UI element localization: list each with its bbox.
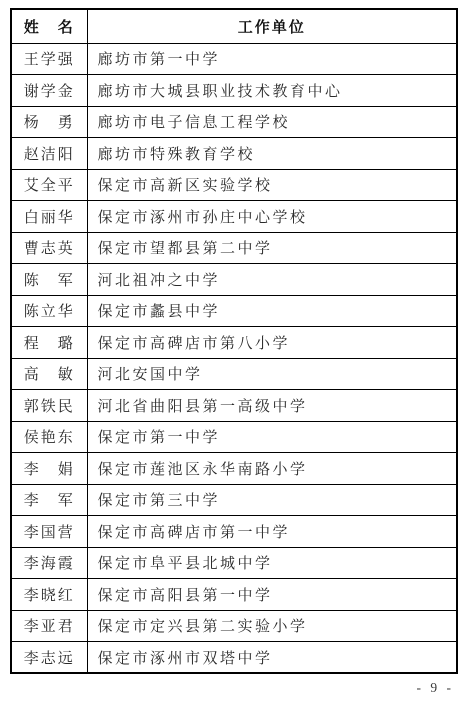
work-unit: 保定市阜平县北城中学 xyxy=(87,547,457,579)
person-name: 李 娟 xyxy=(11,453,87,485)
table-row: 李志远保定市涿州市双塔中学 xyxy=(11,642,457,674)
person-name: 李晓红 xyxy=(11,579,87,611)
person-name: 李亚君 xyxy=(11,610,87,642)
table-row: 赵洁阳廊坊市特殊教育学校 xyxy=(11,138,457,170)
table-row: 李晓红保定市高阳县第一中学 xyxy=(11,579,457,611)
work-unit: 河北祖冲之中学 xyxy=(87,264,457,296)
header-row: 姓 名 工作单位 xyxy=(11,9,457,43)
table-row: 王学强廊坊市第一中学 xyxy=(11,43,457,75)
table-row: 郭铁民河北省曲阳县第一高级中学 xyxy=(11,390,457,422)
table-body: 王学强廊坊市第一中学谢学金廊坊市大城县职业技术教育中心杨 勇廊坊市电子信息工程学… xyxy=(11,43,457,673)
table-row: 李亚君保定市定兴县第二实验小学 xyxy=(11,610,457,642)
work-unit: 保定市定兴县第二实验小学 xyxy=(87,610,457,642)
work-unit: 保定市高碑店市第一中学 xyxy=(87,516,457,548)
table-row: 曹志英保定市望都县第二中学 xyxy=(11,232,457,264)
header-work-unit: 工作单位 xyxy=(87,9,457,43)
page-number: - 9 - xyxy=(417,680,455,696)
work-unit: 保定市莲池区永华南路小学 xyxy=(87,453,457,485)
person-name: 程 璐 xyxy=(11,327,87,359)
work-unit: 保定市望都县第二中学 xyxy=(87,232,457,264)
work-unit: 河北安国中学 xyxy=(87,358,457,390)
person-name: 陈立华 xyxy=(11,295,87,327)
work-unit: 保定市第三中学 xyxy=(87,484,457,516)
table-row: 陈 军河北祖冲之中学 xyxy=(11,264,457,296)
work-unit: 保定市涿州市双塔中学 xyxy=(87,642,457,674)
person-name: 王学强 xyxy=(11,43,87,75)
table-row: 杨 勇廊坊市电子信息工程学校 xyxy=(11,106,457,138)
person-name: 高 敏 xyxy=(11,358,87,390)
table-row: 程 璐保定市高碑店市第八小学 xyxy=(11,327,457,359)
work-unit: 保定市第一中学 xyxy=(87,421,457,453)
work-unit: 保定市蠡县中学 xyxy=(87,295,457,327)
person-name: 杨 勇 xyxy=(11,106,87,138)
work-unit: 廊坊市第一中学 xyxy=(87,43,457,75)
table-row: 侯艳东保定市第一中学 xyxy=(11,421,457,453)
person-name: 曹志英 xyxy=(11,232,87,264)
header-name: 姓 名 xyxy=(11,9,87,43)
table-row: 艾全平保定市高新区实验学校 xyxy=(11,169,457,201)
person-name: 白丽华 xyxy=(11,201,87,233)
table-row: 李海霞保定市阜平县北城中学 xyxy=(11,547,457,579)
table-header: 姓 名 工作单位 xyxy=(11,9,457,43)
table-row: 白丽华保定市涿州市孙庄中心学校 xyxy=(11,201,457,233)
roster-table: 姓 名 工作单位 王学强廊坊市第一中学谢学金廊坊市大城县职业技术教育中心杨 勇廊… xyxy=(10,8,458,674)
person-name: 艾全平 xyxy=(11,169,87,201)
table-row: 谢学金廊坊市大城县职业技术教育中心 xyxy=(11,75,457,107)
work-unit: 廊坊市大城县职业技术教育中心 xyxy=(87,75,457,107)
person-name: 陈 军 xyxy=(11,264,87,296)
work-unit: 保定市高阳县第一中学 xyxy=(87,579,457,611)
work-unit: 河北省曲阳县第一高级中学 xyxy=(87,390,457,422)
table-row: 李 娟保定市莲池区永华南路小学 xyxy=(11,453,457,485)
person-name: 李志远 xyxy=(11,642,87,674)
table-row: 高 敏河北安国中学 xyxy=(11,358,457,390)
work-unit: 保定市涿州市孙庄中心学校 xyxy=(87,201,457,233)
person-name: 郭铁民 xyxy=(11,390,87,422)
table-row: 李国营保定市高碑店市第一中学 xyxy=(11,516,457,548)
work-unit: 廊坊市电子信息工程学校 xyxy=(87,106,457,138)
work-unit: 保定市高碑店市第八小学 xyxy=(87,327,457,359)
work-unit: 廊坊市特殊教育学校 xyxy=(87,138,457,170)
person-name: 李 军 xyxy=(11,484,87,516)
person-name: 李国营 xyxy=(11,516,87,548)
person-name: 谢学金 xyxy=(11,75,87,107)
person-name: 李海霞 xyxy=(11,547,87,579)
person-name: 赵洁阳 xyxy=(11,138,87,170)
work-unit: 保定市高新区实验学校 xyxy=(87,169,457,201)
table-row: 陈立华保定市蠡县中学 xyxy=(11,295,457,327)
table-row: 李 军保定市第三中学 xyxy=(11,484,457,516)
person-name: 侯艳东 xyxy=(11,421,87,453)
